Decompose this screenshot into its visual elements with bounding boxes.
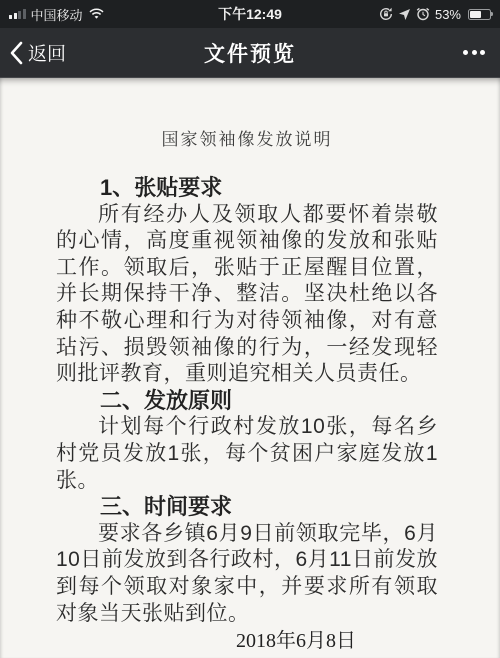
section-heading-2: 二、发放原则: [56, 388, 438, 415]
section-heading-1: 1、张贴要求: [56, 175, 438, 202]
more-button[interactable]: [463, 50, 500, 55]
orientation-lock-icon: [379, 7, 393, 21]
status-bar: 下午12:49 中国移动: [0, 0, 500, 28]
document-section: 二、发放原则 计划每个行政村发放10张，每名乡村党员发放1张，每个贫困户家庭发放…: [56, 388, 438, 494]
document-preview[interactable]: 国家领袖像发放说明 1、张贴要求 所有经办人及领取人都要怀着崇敬的心情，高度重视…: [0, 78, 500, 658]
section-paragraph: 所有经办人及领取人都要怀着崇敬的心情，高度重视领袖像的发放和张贴工作。领取后，张…: [56, 202, 438, 388]
carrier-label: 中国移动: [31, 5, 83, 24]
section-paragraph: 计划每个行政村发放10张，每名乡村党员发放1张，每个贫困户家庭发放1张。: [56, 414, 438, 494]
alarm-icon: [416, 7, 430, 21]
page-title: 文件预览: [0, 38, 500, 68]
battery-icon: [468, 9, 491, 20]
back-button[interactable]: 返回: [0, 39, 66, 66]
document-date: 2018年6月8日: [56, 628, 438, 655]
signal-strength-icon: [9, 9, 26, 19]
document-title: 国家领袖像发放说明: [56, 128, 438, 152]
battery-percent: 53%: [435, 7, 461, 22]
document-section: 1、张贴要求 所有经办人及领取人都要怀着崇敬的心情，高度重视领袖像的发放和张贴工…: [56, 175, 438, 388]
more-icon: [463, 50, 485, 55]
location-icon: [398, 8, 411, 21]
back-button-label: 返回: [28, 39, 66, 66]
back-chevron-icon: [10, 41, 23, 65]
section-paragraph: 要求各乡镇6月9日前领取完毕，6月10日前发放到各行政村，6月11日前发放到每个…: [56, 521, 438, 627]
wifi-icon: [88, 8, 105, 20]
nav-bar: 文件预览 返回: [0, 28, 500, 78]
section-heading-3: 三、时间要求: [56, 494, 438, 521]
document-section: 三、时间要求 要求各乡镇6月9日前领取完毕，6月10日前发放到各行政村，6月11…: [56, 494, 438, 627]
phone-screen: 下午12:49 中国移动: [0, 0, 500, 658]
